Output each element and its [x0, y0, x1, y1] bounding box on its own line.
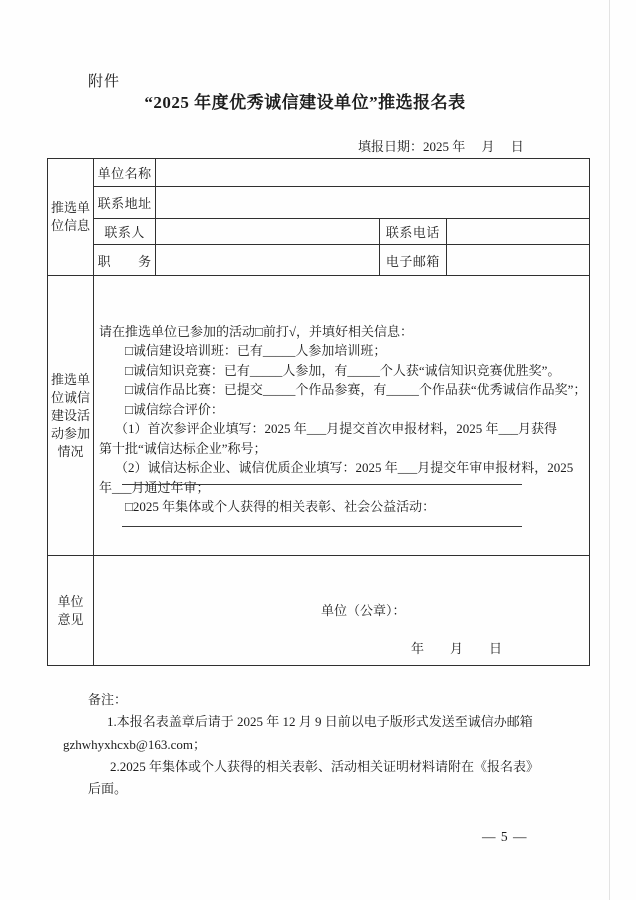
- unit-info-section-label: 推选单位信息: [50, 199, 91, 235]
- activity-quiz-line: □诚信知识竞赛：已有_____人参加，有_____个人获“诚信知识竞赛优胜奖”。: [97, 361, 586, 381]
- activity-first-apply-cont-line: 第十批“诚信达标企业”称号；: [97, 439, 586, 459]
- opinion-date-line: 年 月 日: [411, 638, 502, 657]
- opinion-section-label: 单位意见: [57, 593, 85, 629]
- opinion-section-label-cell: 单位意见: [48, 556, 94, 666]
- unit-name-label: 单位名称: [94, 159, 156, 187]
- contact-person-label: 联系人: [94, 219, 156, 245]
- write-in-blank-line: [122, 484, 522, 485]
- table-row: 职 务 电子邮箱: [48, 245, 590, 276]
- table-row: 推选单位诚信建设活动参加情况 请在推选单位已参加的活动□前打√，并填好相关信息：…: [48, 276, 590, 556]
- activity-annual-review-cont-line: 年___月通过年审；: [97, 478, 586, 498]
- activity-training-line: □诚信建设培训班：已有_____人参加培训班；: [97, 341, 586, 361]
- unit-info-section-label-cell: 推选单位信息: [48, 159, 94, 276]
- contact-phone-value: [446, 219, 589, 245]
- write-in-blank-line: [122, 526, 522, 527]
- contact-phone-label: 联系电话: [379, 219, 446, 245]
- form-title: “2025 年度优秀诚信建设单位”推选报名表: [0, 88, 610, 113]
- email-value: [446, 245, 589, 276]
- contact-address-label: 联系地址: [94, 187, 156, 219]
- activity-evaluation-line: □诚信综合评价：: [97, 400, 586, 420]
- opinion-content-cell: 单位（公章）： 年 月 日: [94, 556, 590, 666]
- position-value: [156, 245, 380, 276]
- activity-lines: 请在推选单位已参加的活动□前打√，并填好相关信息： □诚信建设培训班：已有___…: [94, 315, 589, 517]
- activity-first-apply-line: （1）首次参评企业填写：2025 年___月提交首次申报材料，2025 年___…: [97, 419, 586, 439]
- note-line-2-cont: 后面。: [88, 778, 610, 800]
- unit-name-value: [156, 159, 590, 187]
- contact-address-value: [156, 187, 590, 219]
- email-label: 电子邮箱: [379, 245, 446, 276]
- table-row: 联系地址: [48, 187, 590, 219]
- table-row: 单位意见 单位（公章）： 年 月 日: [48, 556, 590, 666]
- unit-seal-line: 单位（公章）：: [321, 600, 406, 619]
- fill-date-line: 填报日期：2025 年 月 日: [358, 136, 524, 155]
- note-line-email: gzhwhyxhcxb@163.com；: [63, 734, 610, 756]
- activity-section-label-cell: 推选单位诚信建设活动参加情况: [48, 276, 94, 556]
- activity-instruction-line: 请在推选单位已参加的活动□前打√，并填好相关信息：: [97, 322, 586, 342]
- scanned-form-page: 附件 “2025 年度优秀诚信建设单位”推选报名表 填报日期：2025 年 月 …: [0, 0, 636, 900]
- position-label: 职 务: [94, 245, 156, 276]
- page-number: — 5 —: [482, 829, 528, 845]
- notes-heading: 备注：: [88, 689, 610, 711]
- activity-section-label: 推选单位诚信建设活动参加情况: [50, 371, 91, 461]
- registration-table: 推选单位信息 单位名称 联系地址 联系人 联系电话 职 务 电子邮箱: [47, 158, 590, 666]
- activity-annual-review-line: （2）诚信达标企业、诚信优质企业填写：2025 年___月提交年审申报材料，20…: [97, 458, 586, 478]
- activity-awards-line: □2025 年集体或个人获得的相关表彰、社会公益活动：: [97, 497, 586, 517]
- table-row: 联系人 联系电话: [48, 219, 590, 245]
- activity-content-cell: 请在推选单位已参加的活动□前打√，并填好相关信息： □诚信建设培训班：已有___…: [94, 276, 590, 556]
- note-line-1: 1.本报名表盖章后请于 2025 年 12 月 9 日前以电子版形式发送至诚信办…: [107, 711, 610, 733]
- table-row: 推选单位信息 单位名称: [48, 159, 590, 187]
- activity-contest-line: □诚信作品比赛：已提交_____个作品参赛，有_____个作品获“优秀诚信作品奖…: [97, 380, 586, 400]
- note-line-2: 2.2025 年集体或个人获得的相关表彰、活动相关证明材料请附在《报名表》: [110, 756, 610, 778]
- notes-block: 备注： 1.本报名表盖章后请于 2025 年 12 月 9 日前以电子版形式发送…: [0, 689, 610, 800]
- contact-person-value: [156, 219, 380, 245]
